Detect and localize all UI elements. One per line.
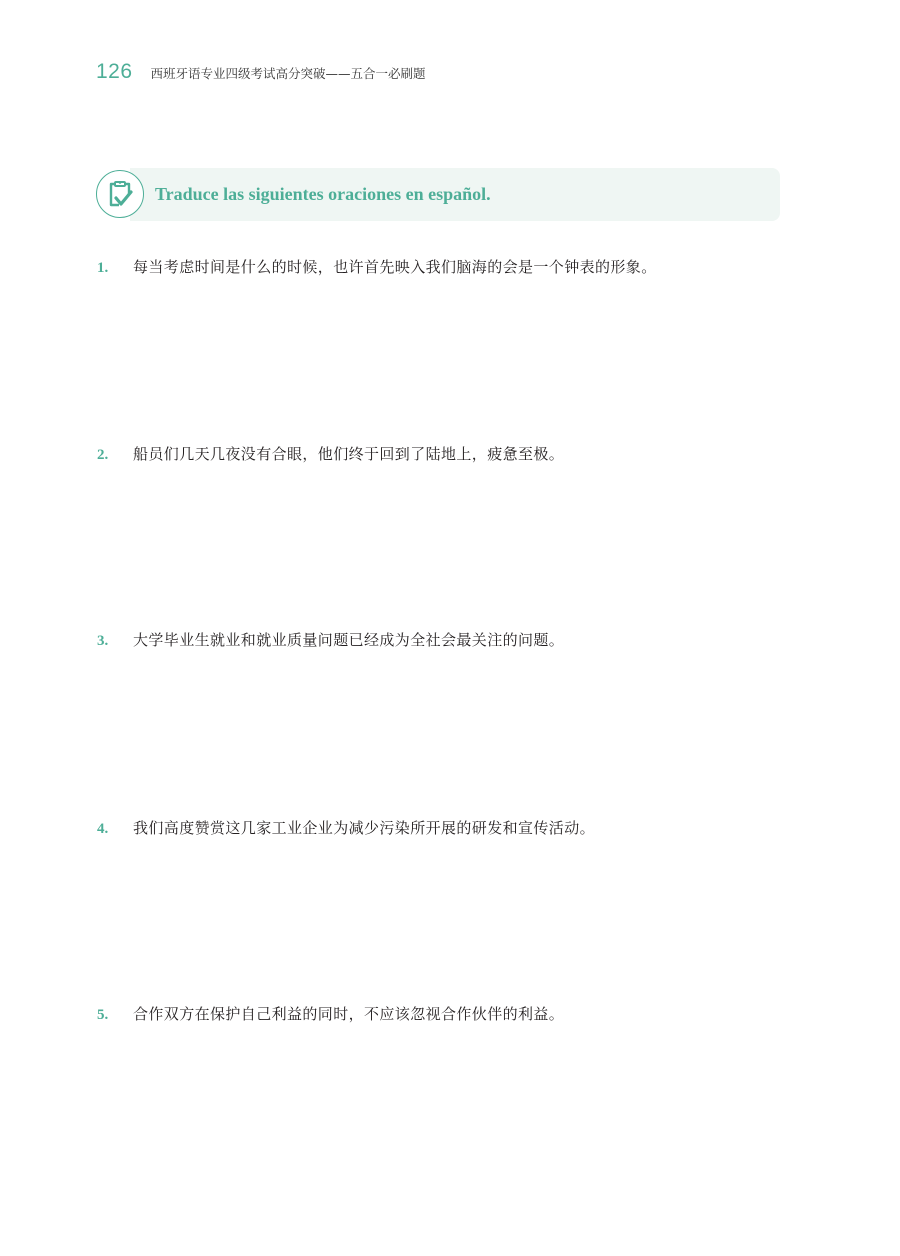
question-text: 大学毕业生就业和就业质量问题已经成为全社会最关注的问题。 (133, 628, 564, 652)
question-text: 船员们几天几夜没有合眼，他们终于回到了陆地上，疲惫至极。 (133, 442, 564, 466)
question-item: 4. 我们高度赞赏这几家工业企业为减少污染所开展的研发和宣传活动。 (97, 816, 595, 841)
question-text: 合作双方在保护自己利益的同时，不应该忽视合作伙伴的利益。 (133, 1002, 564, 1026)
question-item: 1. 每当考虑时间是什么的时候，也许首先映入我们脑海的会是一个钟表的形象。 (97, 255, 657, 280)
question-text: 每当考虑时间是什么的时候，也许首先映入我们脑海的会是一个钟表的形象。 (133, 255, 657, 279)
instruction-text: Traduce las siguientes oraciones en espa… (155, 180, 491, 208)
question-item: 2. 船员们几天几夜没有合眼，他们终于回到了陆地上，疲惫至极。 (97, 442, 564, 467)
question-item: 5. 合作双方在保护自己利益的同时，不应该忽视合作伙伴的利益。 (97, 1002, 564, 1027)
question-number: 3. (97, 629, 133, 653)
page-number: 126 (96, 60, 133, 84)
question-number: 4. (97, 817, 133, 841)
question-text: 我们高度赞赏这几家工业企业为减少污染所开展的研发和宣传活动。 (133, 816, 595, 840)
question-number: 1. (97, 256, 133, 280)
page-header: 126 西班牙语专业四级考试高分突破——五合一必刷题 (96, 60, 426, 88)
book-title: 西班牙语专业四级考试高分突破——五合一必刷题 (151, 64, 426, 82)
question-item: 3. 大学毕业生就业和就业质量问题已经成为全社会最关注的问题。 (97, 628, 564, 653)
question-number: 2. (97, 443, 133, 467)
clipboard-check-icon (96, 170, 144, 218)
clipboard-check-icon-svg (107, 180, 133, 208)
question-number: 5. (97, 1003, 133, 1027)
